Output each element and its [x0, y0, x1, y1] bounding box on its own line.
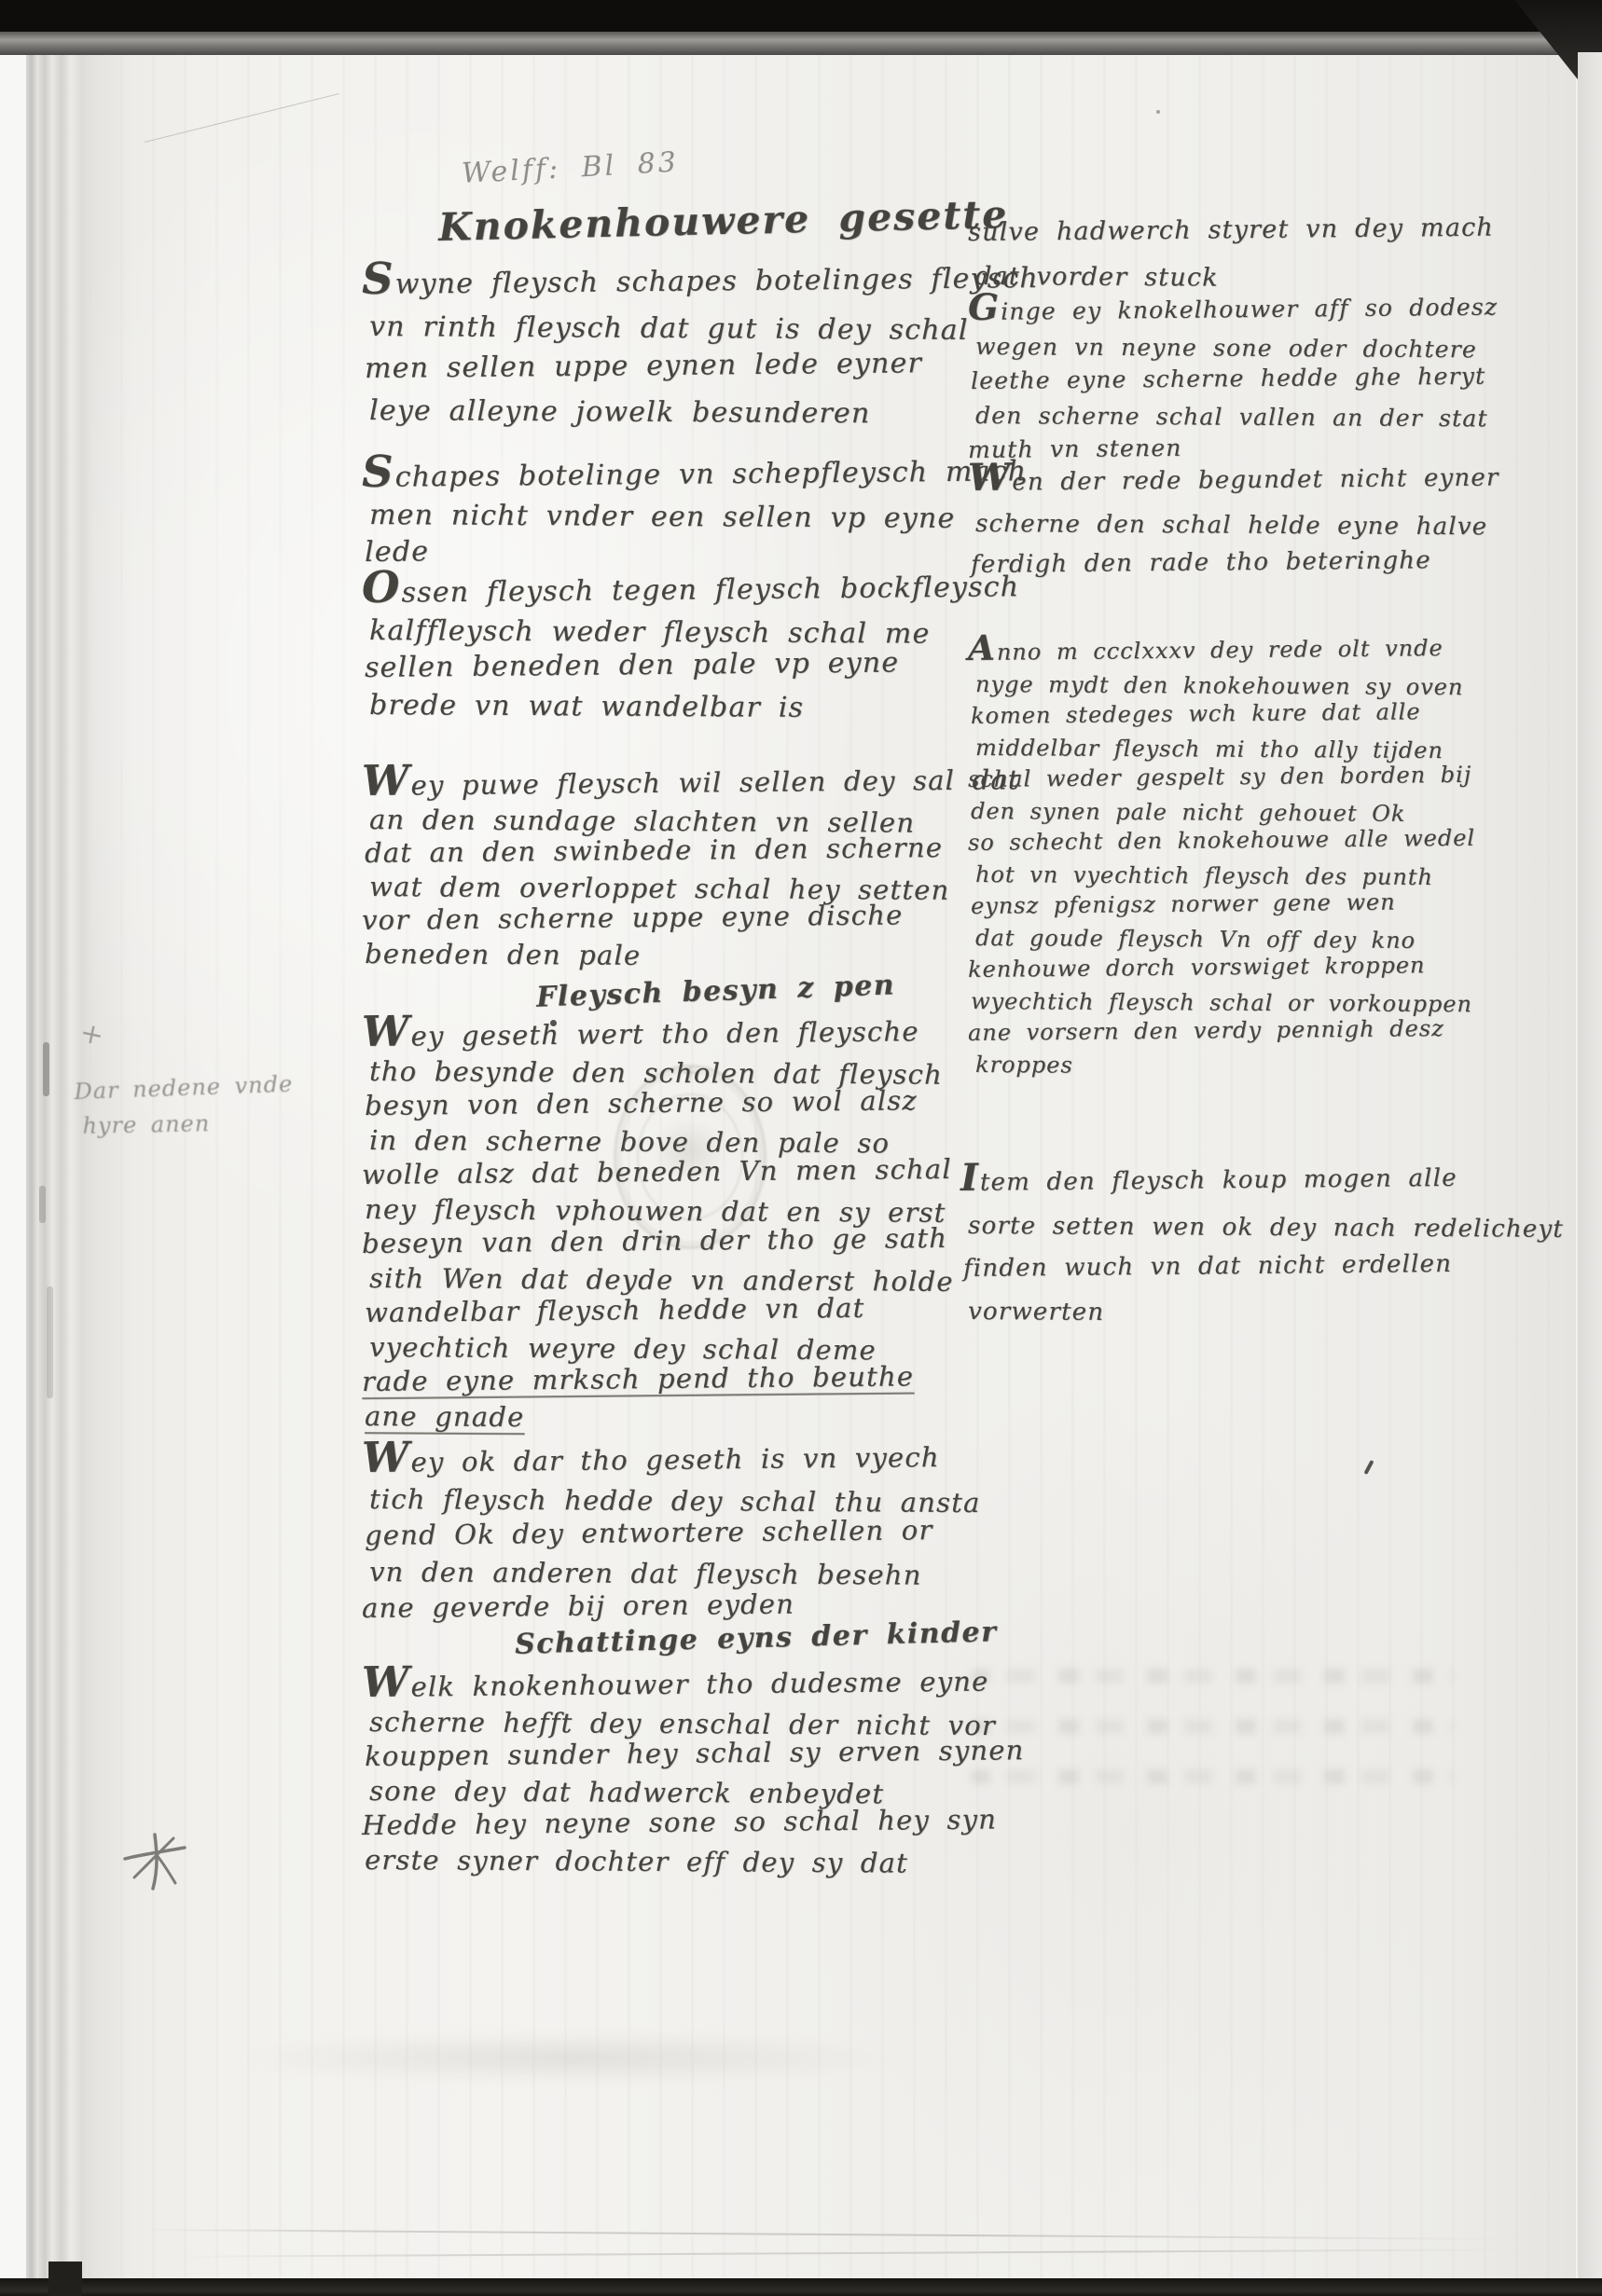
manuscript-line: kouppen sunder hey schal sy erven synen [365, 1733, 1025, 1774]
scan-border-top [0, 0, 1602, 32]
gutter-ink-mark [47, 1286, 53, 1398]
manuscript-line: Anno m ccclxxxv dey rede olt vnde [968, 627, 1475, 668]
paragraph-left-6: Wey ok dar tho geseth is vn vyechtich fl… [362, 1439, 981, 1627]
manuscript-line: vor den scherne uppe eyne dische [362, 897, 1020, 937]
manuscript-line: wolle alsz dat beneden Vn men schal [362, 1152, 954, 1192]
manuscript-line: leye alleyne jowelk besunderen [369, 390, 1039, 435]
manuscript-line: Hedde hey neyne sone so schal hey syn [362, 1802, 1025, 1843]
manuscript-line: Ossen fleysch tegen fleysch bockfleysch [362, 562, 1020, 612]
manuscript-line: gend Ok dey entwortere schellen or [365, 1512, 981, 1554]
manuscript-line: Swyne fleysch schapes botelinges fleysch [362, 251, 1039, 306]
scan-border-bottom [0, 2278, 1602, 2296]
manuscript-line: ane gnade [365, 1399, 954, 1437]
manuscript-line: hyre anen [82, 1105, 294, 1144]
paragraph-left-7: Welk knokenhouwer tho dudesme eyneschern… [362, 1665, 1025, 1877]
manuscript-line: rade eyne mrksch pend tho beuthe [362, 1359, 954, 1399]
collation-star-icon [119, 1823, 194, 1896]
paragraph-left-1: Swyne fleysch schapes botelinges fleysch… [362, 257, 1039, 432]
page-edge-right [1578, 52, 1602, 2280]
manuscript-line: sellen beneden den pale vp eyne [365, 643, 1020, 687]
manuscript-line: finden wuch vn dat nicht erdellen [963, 1242, 1564, 1290]
book-gutter-page-edges [26, 54, 91, 2278]
manuscript-line: Welk knokenhouwer tho dudesme eyne [362, 1658, 1025, 1705]
manuscript-line: kroppes [975, 1049, 1475, 1083]
margin-note: Dar nedene vndehyre anen [74, 1069, 295, 1144]
manuscript-line: komen stedeges wch kure dat alle [971, 695, 1475, 732]
manuscript-line: ferdigh den rade tho beteringhe [971, 540, 1499, 585]
paragraph-right-2: Ginge ey knokelhouwer aff so dodeszwegen… [968, 291, 1498, 467]
manuscript-line: vorwerten [968, 1290, 1564, 1337]
scanned-manuscript-page: + Welff: Bl 83 Knokenhouwere gesette Swy… [0, 0, 1602, 2296]
scan-border-notch [48, 2262, 82, 2296]
manuscript-line: Wey geseth wert tho den fleysche [362, 1009, 954, 1054]
manuscript-line: besyn von den scherne so wol alsz [365, 1083, 954, 1123]
paper-crease [145, 93, 339, 143]
manuscript-line: brede vn wat wandelbar is [369, 687, 1019, 728]
manuscript-line: Wey puwe fleysch wil sellen dey sal dat [362, 758, 1020, 803]
manuscript-line: dat an den swinbede in den scherne [365, 830, 1020, 870]
paragraph-right-4: Anno m ccclxxxv dey rede olt vndenyge my… [968, 632, 1475, 1080]
manuscript-line: Wey ok dar tho geseth is vn vyech [362, 1434, 981, 1481]
manuscript-line: Dar nedene vnde [74, 1067, 294, 1109]
manuscript-line: wandelbar fleysch hedde vn dat [365, 1290, 954, 1330]
paragraph-left-5: Wey geseth wert tho den fleyschetho besy… [362, 1014, 954, 1434]
paragraph-left-2: Schapes botelinge vn schepfleysch machme… [362, 453, 1027, 571]
paragraph-right-5: Item den fleysch koup mogen allesorte se… [960, 1156, 1564, 1333]
gutter-ink-mark [39, 1186, 46, 1223]
paragraph-right-3: Wen der rede begundet nicht eynerscherne… [968, 457, 1499, 585]
book-top-edge [0, 32, 1602, 55]
manuscript-line: erste syner dochter eff dey sy dat [365, 1843, 1025, 1881]
paragraph-left-4: Wey puwe fleysch wil sellen dey sal data… [362, 764, 1020, 970]
manuscript-line: Item den fleysch koup mogen alle [960, 1150, 1564, 1204]
gutter-ink-mark [43, 1042, 49, 1096]
manuscript-line: eynsz pfenigsz norwer gene wen [971, 886, 1475, 922]
manuscript-line: men sellen uppe eynen lede eyner [365, 341, 1039, 390]
paragraph-right-1: sulve hadwerch styret vn dey machdat vor… [968, 211, 1494, 298]
manuscript-line: Ginge ey knokelhouwer aff so dodesz [968, 286, 1498, 329]
manuscript-line: beseyn van den drin der tho ge sath [362, 1221, 954, 1261]
manuscript-line: beneden den pale [365, 937, 1020, 974]
manuscript-line: ane vorsern den verdy pennigh desz [968, 1012, 1475, 1049]
manuscript-line: leethe eyne scherne hedde ghe heryt [971, 359, 1498, 398]
manuscript-line: schal weder gespelt sy den borden bij [968, 759, 1475, 795]
paragraph-left-3: Ossen fleysch tegen fleysch bockfleyschk… [362, 569, 1019, 724]
manuscript-line: Schapes botelinge vn schepfleysch mach [362, 447, 1028, 497]
paper-smudge [233, 2032, 905, 2083]
manuscript-line: Wen der rede begundet nicht eyner [968, 452, 1499, 503]
manuscript-line: sulve hadwerch styret vn dey mach [968, 206, 1494, 254]
paper-speck [1156, 110, 1160, 114]
manuscript-line: so schecht den knokehouwe alle wedel [968, 822, 1475, 859]
manuscript-line: kenhouwe dorch vorswiget kroppen [968, 949, 1475, 985]
ink-bleed-ghost-lines [970, 1669, 1455, 1827]
scanner-background-left [0, 32, 28, 2278]
